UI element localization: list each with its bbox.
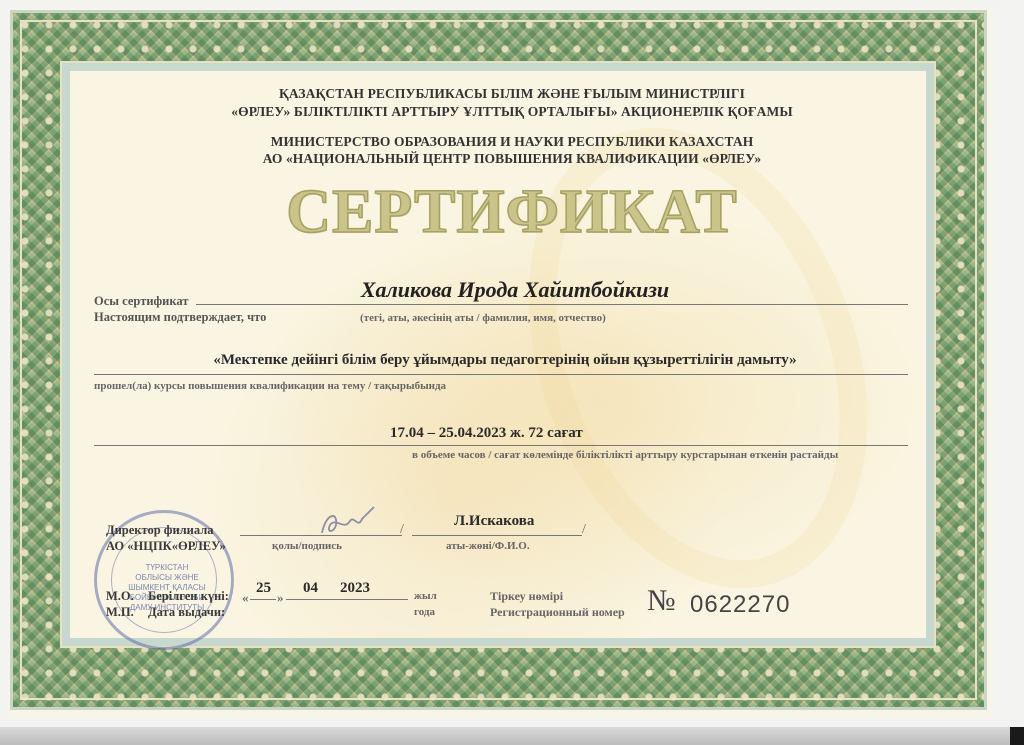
issue-year: 2023 (340, 580, 370, 597)
header-kz-line1: ҚАЗАҚСТАН РЕСПУБЛИКАСЫ БІЛІМ ЖӘНЕ ҒЫЛЫМ … (62, 86, 962, 102)
year-label-ru: года (414, 606, 435, 618)
recipient-label-kz: Осы сертификат (94, 294, 188, 309)
signatory-name-line (412, 535, 582, 536)
duration-underline (94, 445, 908, 446)
separator-slash: / (400, 522, 404, 538)
recipient-label-ru: Настоящим подтверждает, что (94, 310, 266, 325)
signatory-role-line2: АО «НЦПК«ӨРЛЕУ» (106, 539, 226, 554)
open-quote: « (242, 590, 249, 606)
stamp-line2: ОБЛЫСЫ ЖӘНЕ (117, 573, 217, 583)
signatory-role-line1: Директор филиала (106, 523, 214, 538)
registration-number: 0622270 (690, 591, 790, 619)
year-label-kz: жыл (414, 590, 437, 602)
signatory-name: Л.Искакова (454, 513, 534, 530)
mp-ru: М.П. (106, 605, 134, 620)
year-underline (330, 599, 408, 600)
signature-caption: қолы/подпись (272, 540, 342, 552)
number-sign: № (647, 584, 676, 618)
header-kz-line2: «ӨРЛЕУ» БІЛІКТІЛІКТІ АРТТЫРУ ҰЛТТЫҚ ОРТА… (62, 104, 962, 120)
header-ru-line2: АО «НАЦИОНАЛЬНЫЙ ЦЕНТР ПОВЫШЕНИЯ КВАЛИФИ… (62, 151, 962, 167)
separator-slash: / (582, 522, 586, 538)
course-underline (94, 374, 908, 375)
issue-day: 25 (256, 580, 271, 597)
month-underline (286, 599, 334, 600)
course-caption: прошел(ла) курсы повышения квалификации … (94, 380, 446, 392)
certificate-title: СЕРТИФИКАТ (62, 177, 962, 248)
issue-label-ru: Дата выдачи: (148, 605, 225, 620)
signature-mark (316, 503, 386, 539)
close-quote: » (277, 590, 284, 606)
header-ru-line1: МИНИСТЕРСТВО ОБРАЗОВАНИЯ И НАУКИ РЕСПУБЛ… (62, 134, 962, 150)
signatory-name-caption: аты-жөні/Ф.И.О. (446, 540, 530, 552)
course-title: «Мектепке дейінгі білім беру ұйымдары пе… (90, 352, 920, 369)
registration-label-ru: Регистрационный номер (490, 605, 625, 620)
recipient-hint: (тегі, аты, әкесінің аты / фамилия, имя,… (360, 312, 606, 324)
duration-caption: в объеме часов / сағат көлемінде білікті… (412, 449, 838, 461)
recipient-name: Халикова Ирода Хайитбойкизи (300, 277, 730, 303)
day-underline (250, 599, 276, 600)
issue-label-kz: Берілген күні: (148, 589, 229, 604)
issue-month: 04 (303, 580, 318, 597)
registration-label-kz: Тіркеу нөмірі (490, 589, 563, 604)
scan-corner (1010, 727, 1024, 745)
recipient-underline (196, 304, 908, 305)
stamp-line1: ТҮРКІСТАН (117, 563, 217, 573)
mp-kz: М.О. (106, 589, 134, 604)
course-duration: 17.04 – 25.04.2023 ж. 72 сағат (390, 425, 583, 442)
scan-edge (0, 727, 1024, 745)
